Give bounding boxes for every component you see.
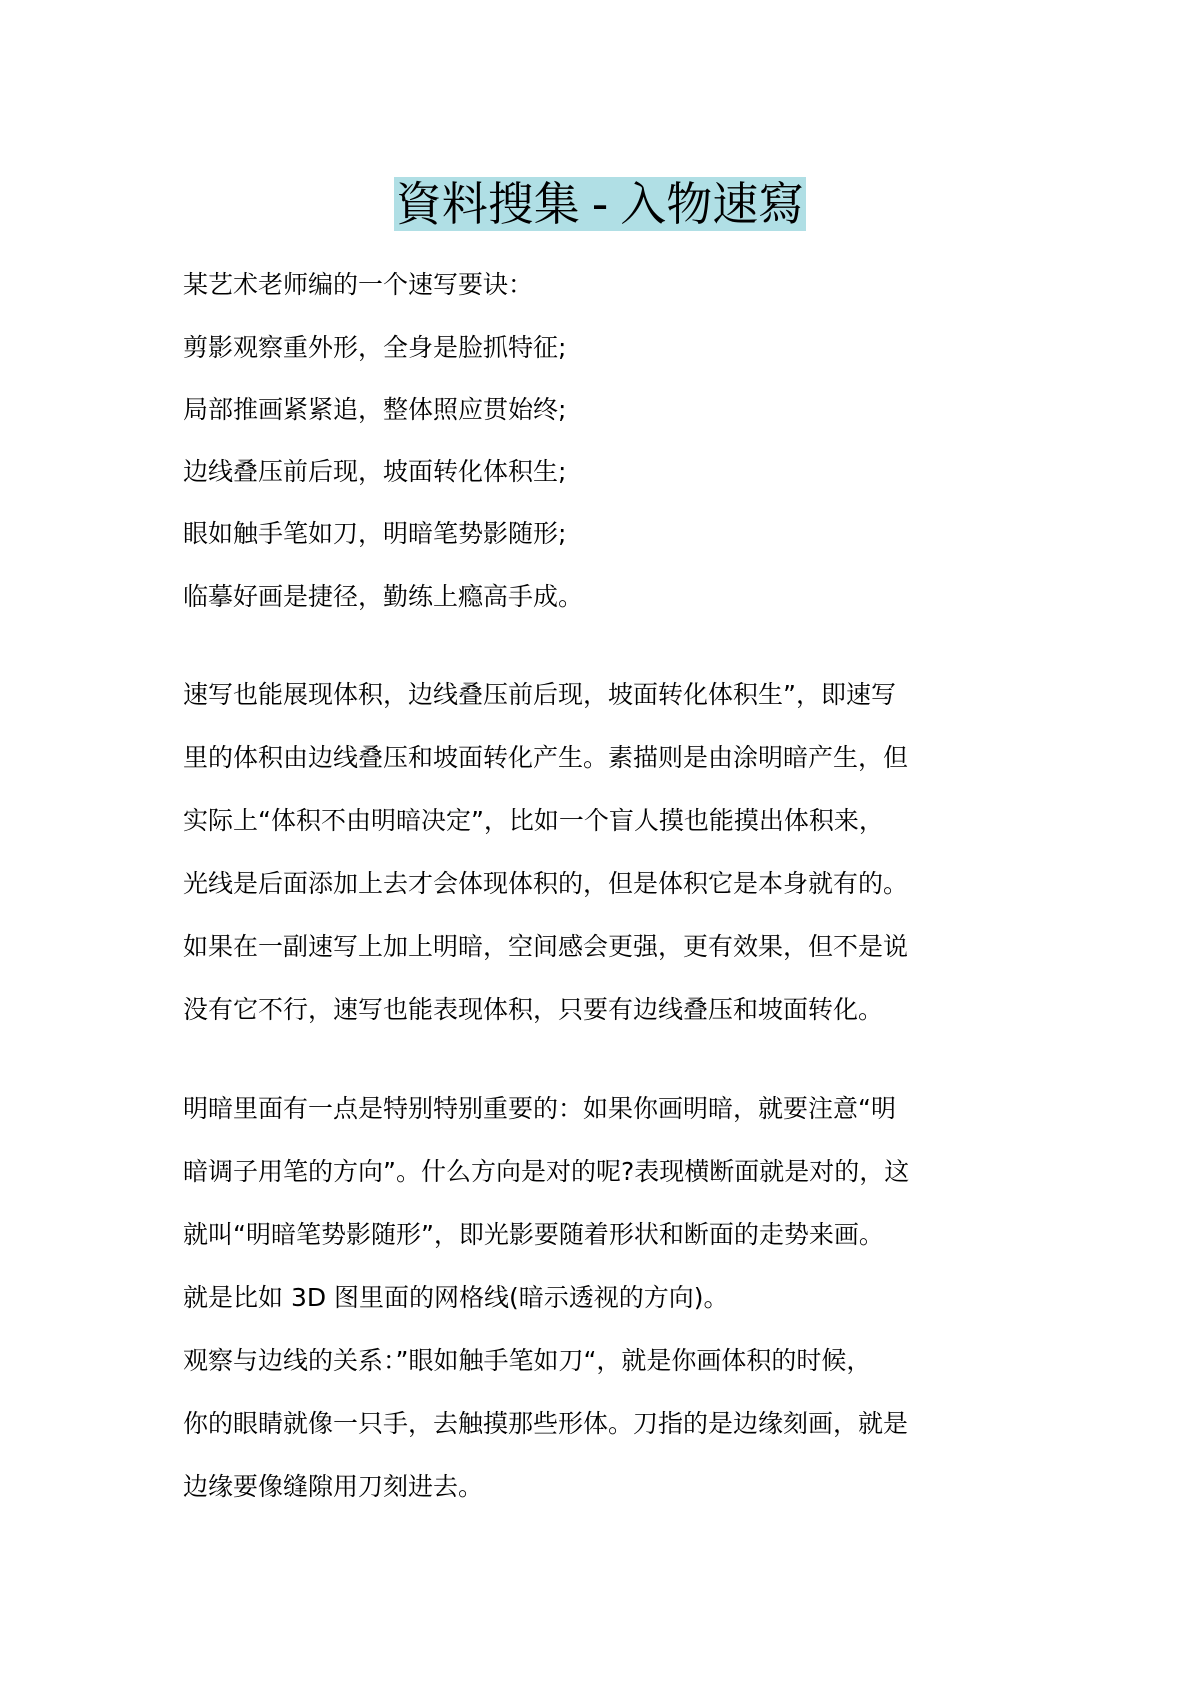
paragraph2-line: 就叫“明暗笔势影随形”，即光影要随着形状和断面的走势来画。 [183, 1218, 884, 1252]
paragraph2-line: 就是比如 3D 图里面的网格线(暗示透视的方向)。 [183, 1281, 729, 1315]
title-container: 資料搜集-入物速寫 [0, 168, 1200, 240]
verse-intro: 某艺术老师编的一个速写要诀： [183, 268, 533, 302]
paragraph1-line: 里的体积由边线叠压和坡面转化产生。素描则是由涂明暗产生，但 [183, 741, 908, 775]
document-page: 資料搜集-入物速寫 某艺术老师编的一个速写要诀： 剪影观察重外形，全身是脸抓特征… [0, 0, 1200, 1696]
title-right: 入物速寫 [618, 177, 806, 231]
paragraph2-line: 边缘要像缝隙用刀刻进去。 [183, 1470, 483, 1504]
paragraph2-line: 明暗里面有一点是特别特别重要的：如果你画明暗，就要注意“明 [183, 1092, 896, 1126]
paragraph1-line: 实际上“体积不由明暗决定”，比如一个盲人摸也能摸出体积来， [183, 804, 884, 838]
paragraph2-line: 暗调子用笔的方向”。什么方向是对的呢?表现横断面就是对的，这 [183, 1155, 909, 1189]
paragraph1-line: 如果在一副速写上加上明暗，空间感会更强，更有效果，但不是说 [183, 930, 908, 964]
title-left: 資料搜集 [394, 177, 582, 231]
page-title: 資料搜集-入物速寫 [390, 168, 811, 240]
paragraph1-line: 没有它不行，速写也能表现体积，只要有边线叠压和坡面转化。 [183, 993, 883, 1027]
verse-line: 边线叠压前后现，坡面转化体积生; [183, 455, 566, 489]
verse-line: 临摹好画是捷径，勤练上瘾高手成。 [183, 580, 583, 614]
verse-line: 局部推画紧紧追，整体照应贯始终; [183, 393, 566, 427]
paragraph2-line: 观察与边线的关系：”眼如触手笔如刀“，就是你画体积的时候， [183, 1344, 871, 1378]
verse-line: 眼如触手笔如刀，明暗笔势影随形; [183, 517, 566, 551]
paragraph1-line: 速写也能展现体积，边线叠压前后现，坡面转化体积生”，即速写 [183, 678, 896, 712]
title-separator: - [582, 177, 619, 231]
paragraph1-line: 光线是后面添加上去才会体现体积的，但是体积它是本身就有的。 [183, 867, 908, 901]
verse-line: 剪影观察重外形，全身是脸抓特征; [183, 331, 566, 365]
paragraph2-line: 你的眼睛就像一只手，去触摸那些形体。刀指的是边缘刻画，就是 [183, 1407, 908, 1441]
